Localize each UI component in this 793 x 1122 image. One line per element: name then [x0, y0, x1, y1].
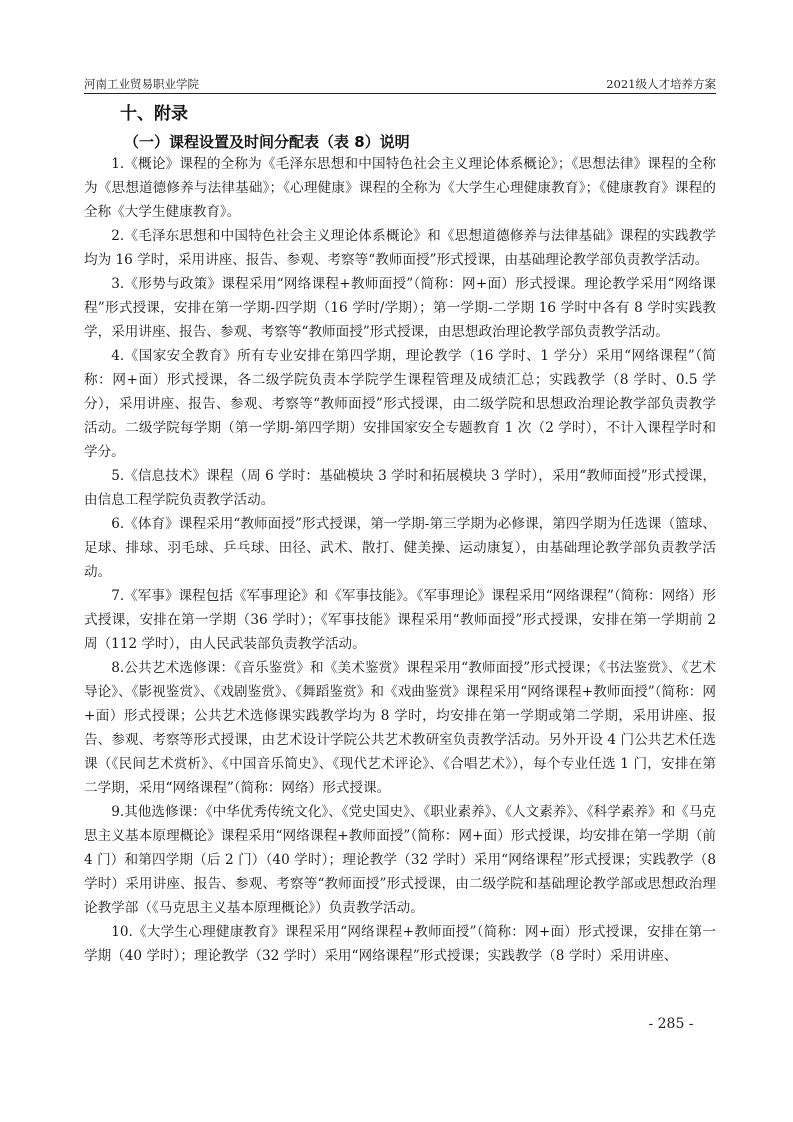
header-document-title: 2021级人才培养方案	[606, 76, 716, 92]
body-text: 1.《概论》课程的全称为《毛泽东思想和中国特色社会主义理论体系概论》；《思想法律…	[84, 152, 716, 968]
header-divider	[84, 93, 716, 94]
paragraph-10: 10.《大学生心理健康教育》课程采用“网络课程+教师面授”（简称：网+面）形式授…	[84, 920, 716, 968]
section-title: 十、附录	[120, 102, 188, 126]
page-number: - 285 -	[631, 1016, 711, 1032]
paragraph-1: 1.《概论》课程的全称为《毛泽东思想和中国特色社会主义理论体系概论》；《思想法律…	[84, 152, 716, 224]
header-institution: 河南工业贸易职业学院	[84, 76, 199, 92]
paragraph-3: 3.《形势与政策》课程采用“网络课程+教师面授”（简称：网+面）形式授课。理论教…	[84, 272, 716, 344]
paragraph-4: 4.《国家安全教育》所有专业安排在第四学期，理论教学（16 学时、1 学分）采用…	[84, 344, 716, 464]
paragraph-7: 7.《军事》课程包括《军事理论》和《军事技能》。《军事理论》课程采用“网络课程”…	[84, 584, 716, 656]
subsection-title: （一）课程设置及时间分配表（表 8）说明	[124, 131, 410, 153]
running-header: 河南工业贸易职业学院 2021级人才培养方案	[84, 76, 716, 92]
page-number-footer: - 285 -	[0, 1016, 793, 1032]
paragraph-9: 9.其他选修课：《中华优秀传统文化》、《党史国史》、《职业素养》、《人文素养》、…	[84, 800, 716, 920]
paragraph-5: 5.《信息技术》课程（周 6 学时：基础模块 3 学时和拓展模块 3 学时），采…	[84, 464, 716, 512]
paragraph-6: 6.《体育》课程采用“教师面授”形式授课，第一学期-第三学期为必修课，第四学期为…	[84, 512, 716, 584]
paragraph-8: 8.公共艺术选修课：《音乐鉴赏》和《美术鉴赏》课程采用“教师面授”形式授课；《书…	[84, 656, 716, 800]
paragraph-2: 2.《毛泽东思想和中国特色社会主义理论体系概论》和《思想道德修养与法律基础》课程…	[84, 224, 716, 272]
